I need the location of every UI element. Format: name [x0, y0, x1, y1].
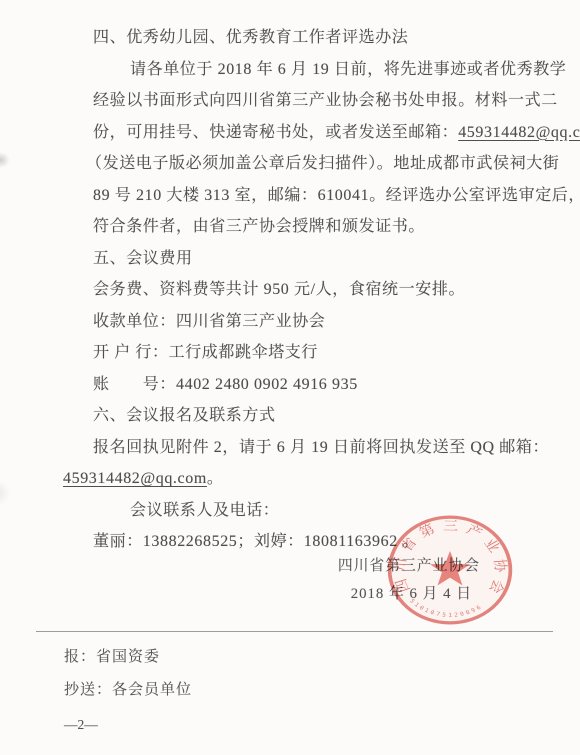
- payee-line: 收款单位：四川省第三产业协会: [93, 306, 543, 338]
- section-4-line-2: 经验以书面形式向四川省第三产业协会秘书处申报。材料一式二: [93, 85, 543, 117]
- section-4-line-5: 89 号 210 大楼 313 室，邮编：610041。经评选办公室评选审定后，: [93, 180, 543, 212]
- email-suffix: 。: [207, 470, 224, 487]
- page-number: —2—: [64, 717, 98, 733]
- footer-divider: [36, 631, 553, 632]
- scanned-document-page: 四、优秀幼儿园、优秀教育工作者评选办法 请各单位于 2018 年 6 月 19 …: [0, 0, 580, 755]
- bank-line: 开 户 行：工行成都跳伞塔支行: [93, 337, 543, 369]
- signature-date: 2018 年 6 月 4 日: [351, 582, 472, 603]
- registration-email-line: 459314482@qq.com。: [63, 463, 543, 495]
- section-4-line-1: 请各单位于 2018 年 6 月 19 日前，将先进事迹或者优秀教学: [93, 54, 543, 86]
- section-4-line-3-text: 份，可用挂号、快递寄秘书处，或者发送至邮箱：: [93, 124, 458, 141]
- contact-label-line: 会议联系人及电话：: [93, 495, 543, 527]
- document-body: 四、优秀幼儿园、优秀教育工作者评选办法 请各单位于 2018 年 6 月 19 …: [93, 22, 543, 558]
- registration-line: 报名回执见附件 2，请于 6 月 19 日前将回执发送至 QQ 邮箱：: [93, 432, 543, 464]
- section-4-heading: 四、优秀幼儿园、优秀教育工作者评选办法: [93, 22, 543, 54]
- report-to-line: 报：省国资委: [64, 645, 160, 666]
- email-link[interactable]: 459314482@qq.com: [458, 124, 580, 141]
- cc-line: 抄送：各会员单位: [64, 678, 192, 699]
- contacts-line: 董丽：13882268525；刘婷：18081163962 。: [93, 526, 543, 558]
- section-4-line-3: 份，可用挂号、快递寄秘书处，或者发送至邮箱：459314482@qq.com: [93, 117, 543, 149]
- section-5-heading: 五、会议费用: [93, 243, 543, 275]
- email-link[interactable]: 459314482@qq.com: [63, 470, 207, 487]
- section-4-line-6: 符合条件者，由省三产协会授牌和颁发证书。: [93, 211, 543, 243]
- account-number-line: 账 号：4402 2480 0902 4916 935: [93, 369, 543, 401]
- section-4-line-4: （发送电子版必须加盖公章后发扫描件）。地址成都市武侯祠大街: [86, 148, 543, 180]
- fee-line: 会务费、资料费等共计 950 元/人，食宿统一安排。: [93, 274, 543, 306]
- scan-smudge: [0, 480, 10, 506]
- section-6-heading: 六、会议报名及联系方式: [93, 400, 543, 432]
- signature-organization: 四川省第三产业协会: [338, 554, 480, 575]
- scan-smudge: [0, 152, 10, 168]
